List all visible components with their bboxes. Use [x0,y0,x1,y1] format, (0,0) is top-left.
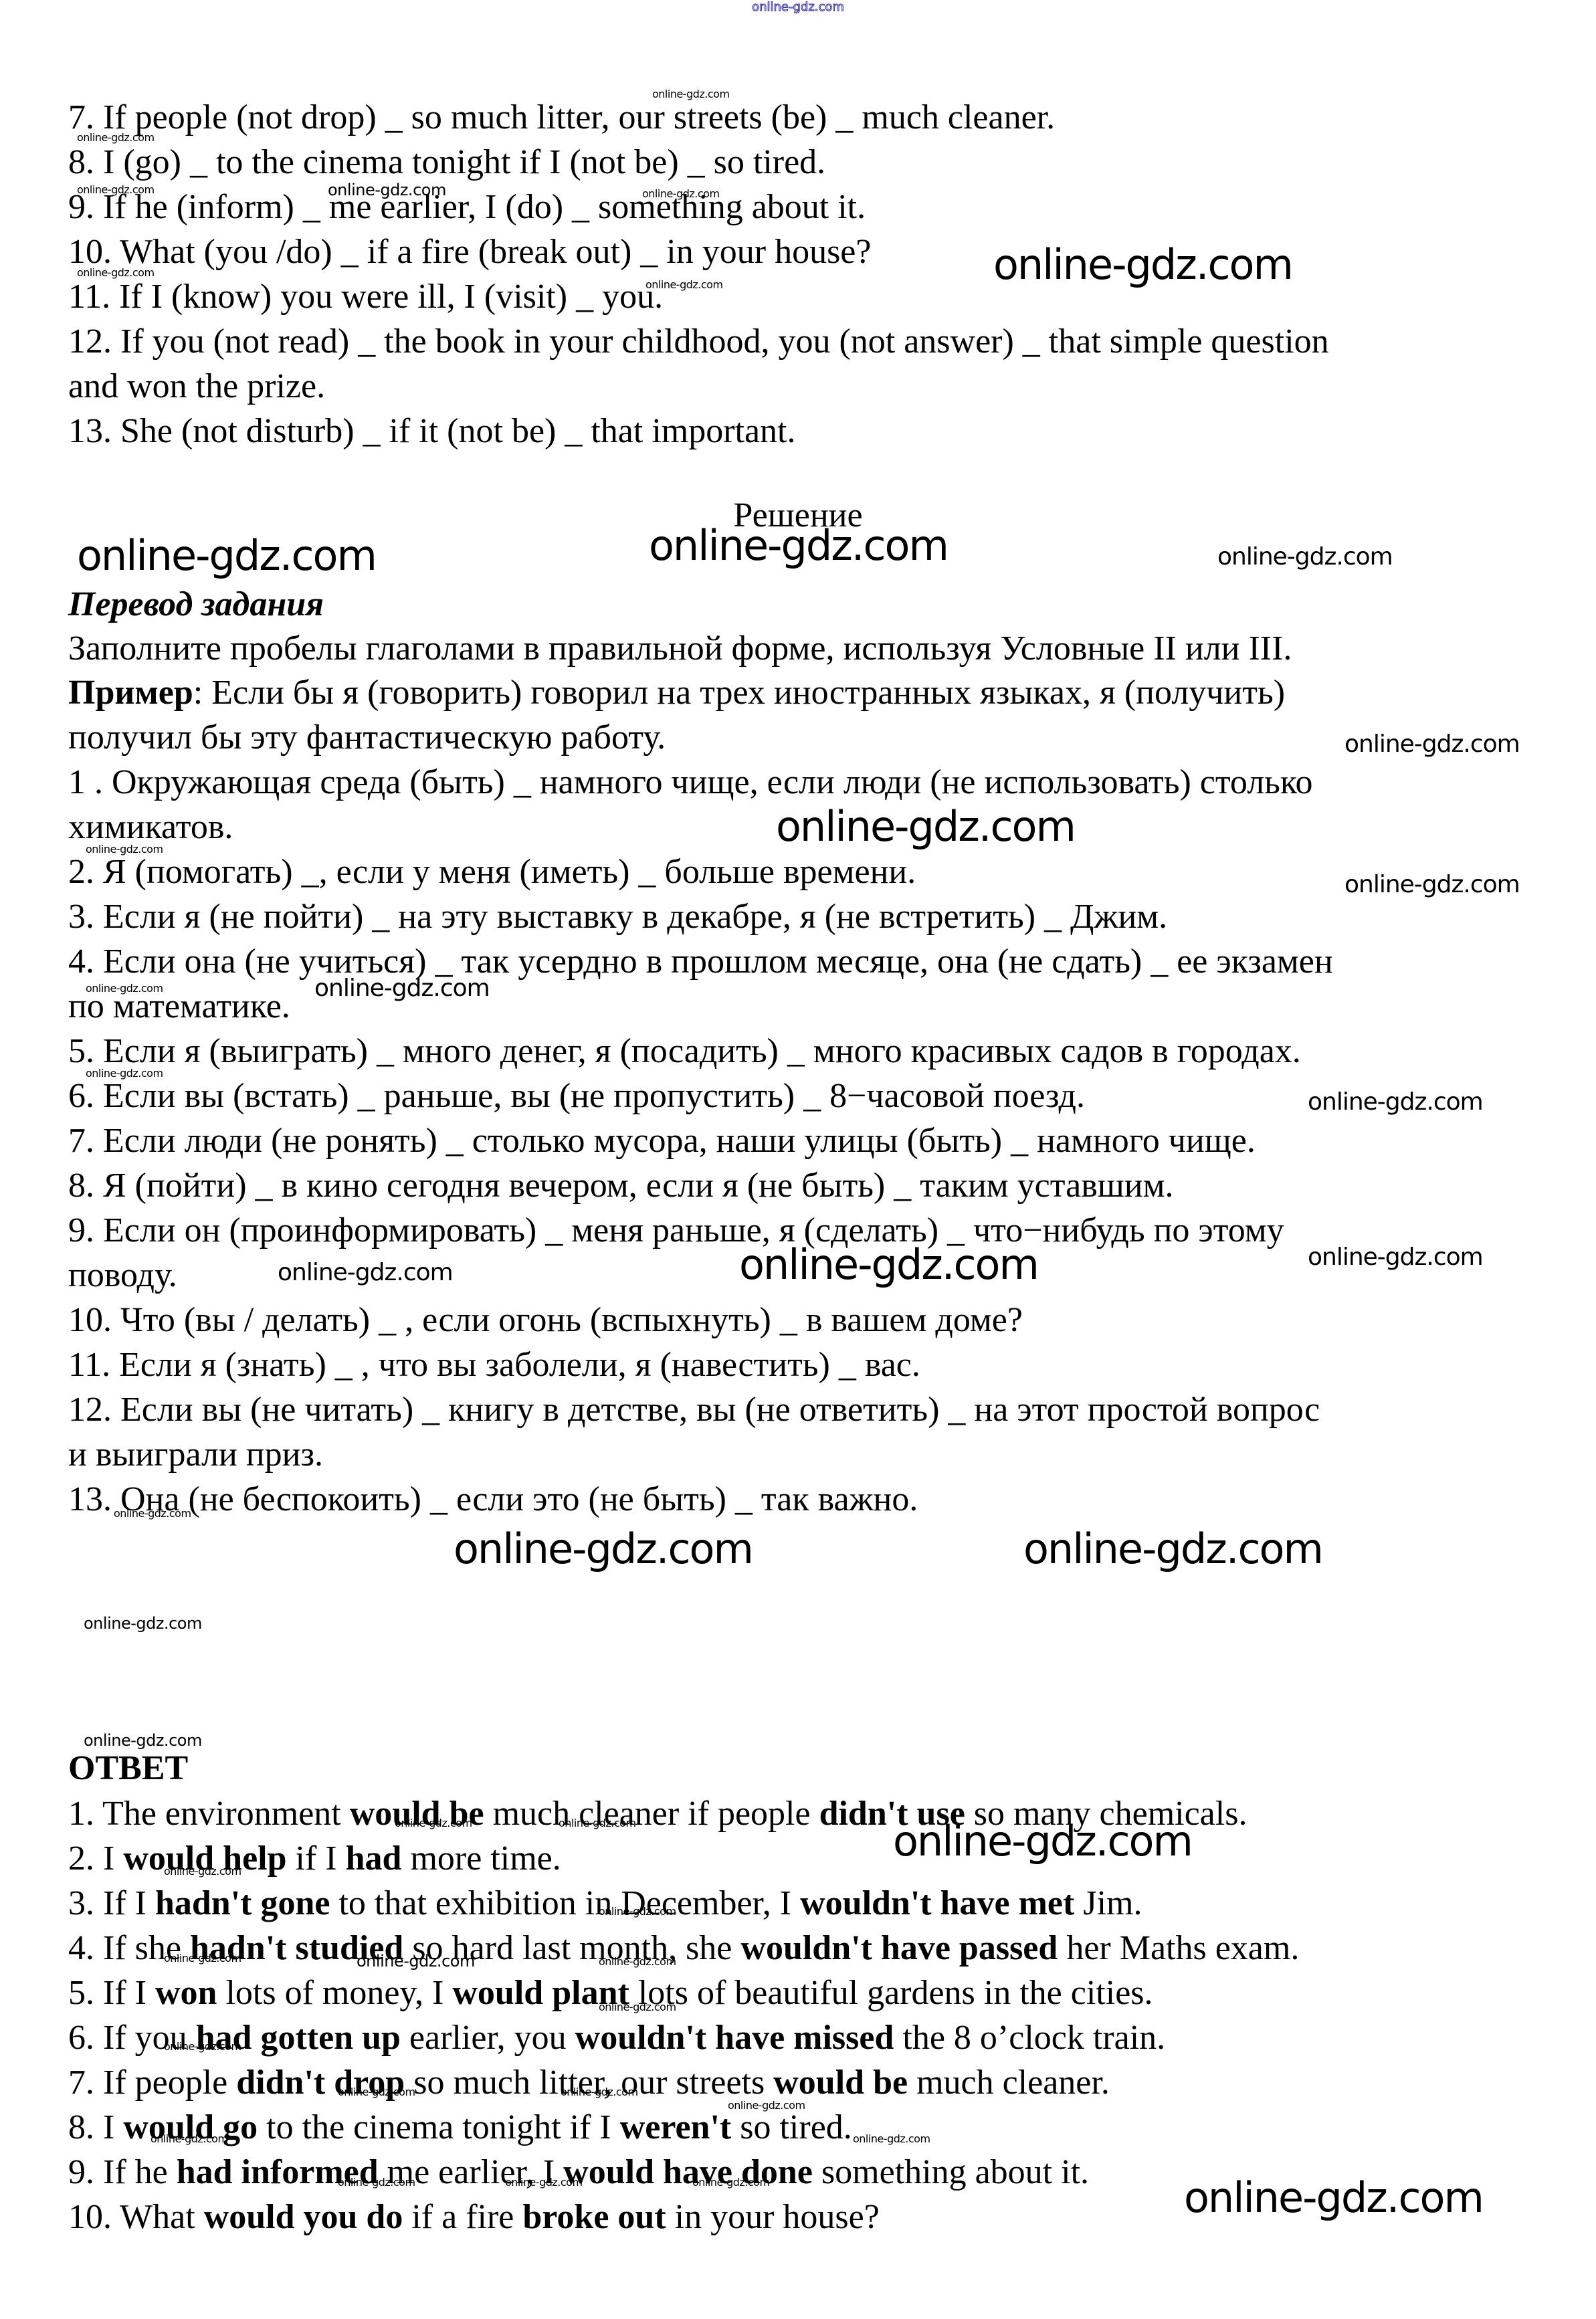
answer-verb: would be [773,2063,908,2102]
answer-verb: weren't [620,2108,732,2146]
translation-line: 13. Она (не беспокоить) _ если это (не б… [68,1482,918,1517]
answer-text: so tired. [731,2108,852,2146]
answer-text: something about it. [813,2153,1089,2191]
watermark: online-gdz.com [77,132,155,143]
document-page: online-gdz.com 7. If people (not drop) _… [0,0,1596,2319]
watermark: online-gdz.com [599,2002,676,2013]
answer-verb: would you do [204,2198,403,2236]
answer-text: much cleaner. [908,2063,1110,2102]
answer-text: much cleaner if people [484,1795,819,1833]
exercise-line: 7. If people (not drop) _ so much litter… [68,100,1055,135]
answer-verb: wouldn't have missed [575,2019,894,2057]
watermark: online-gdz.com [338,2087,415,2098]
watermark: online-gdz.com [1344,732,1520,757]
translation-line: 8. Я (пойти) _ в кино сегодня вечером, е… [68,1169,1174,1203]
watermark: online-gdz.com [559,1818,636,1829]
answer-text: lots of money, I [217,1974,452,2012]
watermark: online-gdz.com [395,1818,472,1829]
translation-line: химикатов. [68,810,233,845]
translation-line: 3. Если я (не пойти) _ на эту выставку в… [68,900,1167,934]
answer-text: 9. If he [68,2153,177,2191]
translation-example: Пример: Если бы я (говорить) говорил на … [68,676,1285,710]
answer-text: if I [287,1839,346,1878]
answer-text: if a fire [403,2198,522,2236]
watermark: online-gdz.com [1308,1245,1483,1270]
translation-line: 1 . Окружающая среда (быть) _ намного чи… [68,765,1313,800]
watermark: online-gdz.com [505,2177,583,2188]
answer-text: to that exhibition in December, I [330,1884,800,1922]
watermark: online-gdz.com [649,525,948,567]
watermark: online-gdz.com [1217,545,1393,569]
example-text: : Если бы я (говорить) говорил на трех и… [193,674,1285,712]
watermark: online-gdz.com [86,844,163,855]
watermark: online-gdz.com [86,1068,163,1079]
translation-line: 10. Что (вы / делать) _ , если огонь (вс… [68,1303,1023,1338]
answer-heading: ОТВЕТ [68,1751,188,1786]
watermark: online-gdz.com [77,535,376,577]
watermark: online-gdz.com [314,977,490,1001]
answer-text: in your house? [666,2198,880,2236]
exercise-line: 11. If I (know) you were ill, I (visit) … [68,280,663,314]
translation-line: 2. Я (помогать) _, если у меня (иметь) _… [68,855,916,890]
watermark: online-gdz.com [645,280,723,290]
exercise-line: and won the prize. [68,369,325,404]
watermark: online-gdz.com [84,1732,202,1748]
watermark: online-gdz.com [853,2134,930,2144]
watermark: online-gdz.com [993,244,1292,286]
watermark: online-gdz.com [561,2087,638,2098]
answer-text: Jim. [1074,1884,1142,1922]
watermark: online-gdz.com [114,1508,191,1519]
watermark: online-gdz.com [728,2100,805,2111]
exercise-line: 8. I (go) _ to the cinema tonight if I (… [68,145,825,180]
watermark: online-gdz.com [357,1953,475,1969]
answer-verb: wouldn't have passed [740,1929,1058,1967]
answer-text: 2. I [68,1839,123,1878]
translation-line: 11. Если я (знать) _ , что вы заболели, … [68,1348,920,1383]
exercise-line: 12. If you (not read) _ the book in your… [68,324,1329,359]
watermark: online-gdz.com [164,2041,241,2052]
translation-line: 5. Если я (выиграть) _ много денег, я (п… [68,1034,1301,1069]
answer-line: 4. If she hadn't studied so hard last mo… [68,1931,1299,1966]
answer-text: more time. [401,1839,561,1878]
answer-text: her Maths exam. [1058,1929,1299,1967]
answer-text: 10. What [68,2198,204,2236]
translation-line: 7. Если люди (не ронять) _ столько мусор… [68,1124,1256,1158]
watermark: online-gdz.com [1344,873,1520,897]
translation-line: 9. Если он (проинформировать) _ меня ран… [68,1213,1284,1248]
watermark: online-gdz.com [328,182,446,198]
answer-text: 8. I [68,2108,123,2146]
answer-verb: wouldn't have met [800,1884,1074,1922]
answer-text: 3. If I [68,1884,155,1922]
watermark: online-gdz.com [642,189,720,199]
translation-instruction: Заполните пробелы глаголами в правильной… [68,631,1292,666]
watermark-top: online-gdz.com [0,1,1596,13]
watermark: online-gdz.com [599,1956,676,1967]
watermark: online-gdz.com [692,2177,770,2188]
translation-example-cont: получил бы эту фантастическую работу. [68,720,666,755]
answer-text: lots of beautiful gardens in the cities. [629,1974,1153,2012]
answer-line: 2. I would help if I had more time. [68,1841,561,1876]
watermark: online-gdz.com [893,1821,1192,1862]
answer-verb: broke out [522,2198,666,2236]
answer-verb: would have done [563,2153,813,2191]
translation-line: 12. Если вы (не читать) _ книгу в детств… [68,1393,1320,1427]
answer-text: the 8 o’clock train. [894,2019,1165,2057]
translation-line: 4. Если она (не учиться) _ так усердно в… [68,944,1333,979]
watermark: online-gdz.com [1308,1090,1483,1114]
watermark: online-gdz.com [1184,2177,1483,2219]
watermark: online-gdz.com [84,1615,202,1631]
watermark: online-gdz.com [77,268,155,278]
answer-line: 10. What would you do if a fire broke ou… [68,2200,880,2235]
watermark: online-gdz.com [1023,1528,1322,1570]
exercise-line: 13. She (not disturb) _ if it (not be) _… [68,414,796,449]
answer-verb: had [346,1839,402,1878]
watermark: online-gdz.com [164,1866,241,1877]
answer-verb: hadn't gone [155,1884,330,1922]
translation-line: 6. Если вы (встать) _ раньше, вы (не про… [68,1079,1085,1114]
answer-text: earlier, you [401,2019,575,2057]
answer-text: 7. If people [68,2063,236,2102]
watermark: online-gdz.com [86,983,163,994]
answer-text: 1. The environment [68,1795,350,1833]
exercise-line: 10. What (you /do) _ if a fire (break ou… [68,235,871,270]
translation-heading: Перевод задания [68,587,324,622]
watermark: online-gdz.com [77,185,155,195]
translation-line: и выиграли приз. [68,1437,323,1472]
watermark: online-gdz.com [599,1906,676,1917]
watermark: online-gdz.com [454,1528,753,1570]
answer-verb: won [155,1974,217,2012]
watermark: online-gdz.com [776,806,1075,847]
watermark: online-gdz.com [278,1261,453,1285]
translation-line: поводу. [68,1258,177,1293]
watermark: online-gdz.com [151,2134,228,2144]
answer-text: 5. If I [68,1974,155,2012]
watermark: online-gdz.com [164,1953,241,1964]
exercise-line: 9. If he (inform) _ me earlier, I (do) _… [68,190,866,225]
example-label: Пример [68,674,193,712]
watermark: online-gdz.com [338,2177,415,2188]
watermark: online-gdz.com [739,1244,1038,1286]
answer-text: to the cinema tonight if I [258,2108,620,2146]
watermark: online-gdz.com [652,89,730,100]
